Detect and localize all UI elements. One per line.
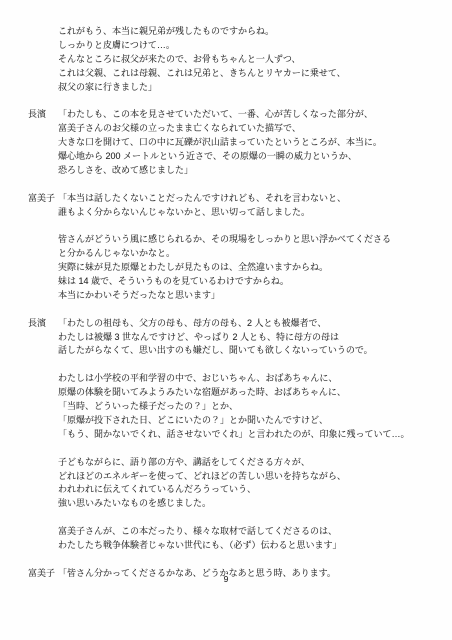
text-line: そんなところに叔父が来たので、お骨もちゃんと一人ずつ、 (58, 53, 452, 67)
text-line: 大きな口を開けて、口の中に瓦礫が沢山詰まっていたというところが、本当に。 (58, 136, 452, 150)
text-line: 富美子さんのお父様の立ったまま亡くなられていた描写で、 (58, 122, 452, 136)
paragraph: 「本当は話したくないことだったんですけれども、それを言わないと、誰もよく分からな… (58, 192, 452, 220)
text-line: 実際に妹が見た原爆とわたしが見たものは、全然違いますからね。 (58, 261, 452, 275)
speech-block: これがもう、本当に親兄弟が残したものですからね。しっかりと皮膚につけて…。そんな… (0, 25, 452, 94)
text-line: どれほどのエネルギーを使って、どれほどの苦しい思いを持ちながら、 (58, 470, 452, 484)
text-line: これは父親、これは母親、これは兄弟と、きちんとリヤカーに乗せて、 (58, 67, 452, 81)
text-line: 「もう、聞かないでくれ、話させないでくれ」と言われたのが、印象に残っていて…。 (58, 428, 452, 442)
paragraph: 「わたしの祖母も、父方の母も、母方の母も、2 人とも被爆者で、わたしは被爆 3 … (58, 317, 452, 359)
text-line: 皆さんがどういう風に感じられるか、その現場をしっかりと思い浮かべてくださる (58, 233, 452, 247)
text-line: 誰もよく分からないんじゃないかと、思い切って話しました。 (58, 206, 452, 220)
text-line: わたしは被爆 3 世なんですけど、やっぱり 2 人とも、特に母方の母は (58, 331, 452, 345)
text-line: と分かるんじゃないかなと。 (58, 247, 452, 261)
speech-block: 長濱「わたしも、この本を見させていただいて、一番、心が苦しくなった部分が、富美子… (0, 108, 452, 177)
text-line: 叔父の家に行きました」 (58, 81, 452, 95)
speech-block: 富美子「本当は話したくないことだったんですけれども、それを言わないと、誰もよく分… (0, 192, 452, 303)
text-line: 富美子さんが、この本だったり、様々な取材で話してくださるのは、 (58, 525, 452, 539)
text-line: 「わたしの祖母も、父方の母も、母方の母も、2 人とも被爆者で、 (58, 317, 452, 331)
text-line: 強い思いみたいなものを感じました。 (58, 497, 452, 511)
text-line: 爆心地から 200 メートルという近さで、その原爆の一瞬の威力というか、 (58, 150, 452, 164)
text-line: 話したがらなくて、思い出すのも嫌だし、聞いても欲しくないっていうので。 (58, 344, 452, 358)
paragraph: 子どもながらに、語り部の方や、講話をしてくださる方々が、どれほどのエネルギーを使… (58, 456, 452, 512)
text-line: わたしたち戦争体験者じゃない世代にも、（必ず）伝わると思います」 (58, 539, 452, 553)
document-page: これがもう、本当に親兄弟が残したものですからね。しっかりと皮膚につけて…。そんな… (0, 0, 452, 640)
speech-block: 長濱「わたしの祖母も、父方の母も、母方の母も、2 人とも被爆者で、わたしは被爆 … (0, 317, 452, 553)
text-line: 「当時、どういった様子だったの？」とか、 (58, 400, 452, 414)
text-line: 「原爆が投下された日、どこにいたの？」とか聞いたんですけど、 (58, 414, 452, 428)
paragraph: 「わたしも、この本を見させていただいて、一番、心が苦しくなった部分が、富美子さん… (58, 108, 452, 177)
text-line: 妹は 14 歳で、そういうものを見ているわけですからね。 (58, 275, 452, 289)
transcript: これがもう、本当に親兄弟が残したものですからね。しっかりと皮膚につけて…。そんな… (0, 25, 452, 595)
text-line: 原爆の体験を聞いてみようみたいな宿題があった時、おばあちゃんに、 (58, 386, 452, 400)
text-line: しっかりと皮膚につけて…。 (58, 39, 452, 53)
text-line: 子どもながらに、語り部の方や、講話をしてくださる方々が、 (58, 456, 452, 470)
paragraph: これがもう、本当に親兄弟が残したものですからね。しっかりと皮膚につけて…。そんな… (58, 25, 452, 94)
page-number: 9 (0, 574, 452, 584)
text-line: これがもう、本当に親兄弟が残したものですからね。 (58, 25, 452, 39)
speaker-label: 富美子 (28, 192, 55, 206)
paragraph: わたしは小学校の平和学習の中で、おじいちゃん、おばあちゃんに、原爆の体験を聞いて… (58, 372, 452, 441)
speaker-label: 長濱 (28, 108, 46, 122)
text-line: われわれに伝えてくれているんだろうっていう、 (58, 483, 452, 497)
speaker-label: 長濱 (28, 317, 46, 331)
paragraph: 富美子さんが、この本だったり、様々な取材で話してくださるのは、わたしたち戦争体験… (58, 525, 452, 553)
text-line: わたしは小学校の平和学習の中で、おじいちゃん、おばあちゃんに、 (58, 372, 452, 386)
text-line: 「本当は話したくないことだったんですけれども、それを言わないと、 (58, 192, 452, 206)
text-line: 本当にかわいそうだったなと思います」 (58, 289, 452, 303)
text-line: 恐ろしさを、改めて感じました」 (58, 164, 452, 178)
paragraph: 皆さんがどういう風に感じられるか、その現場をしっかりと思い浮かべてくださると分か… (58, 233, 452, 302)
text-line: 「わたしも、この本を見させていただいて、一番、心が苦しくなった部分が、 (58, 108, 452, 122)
